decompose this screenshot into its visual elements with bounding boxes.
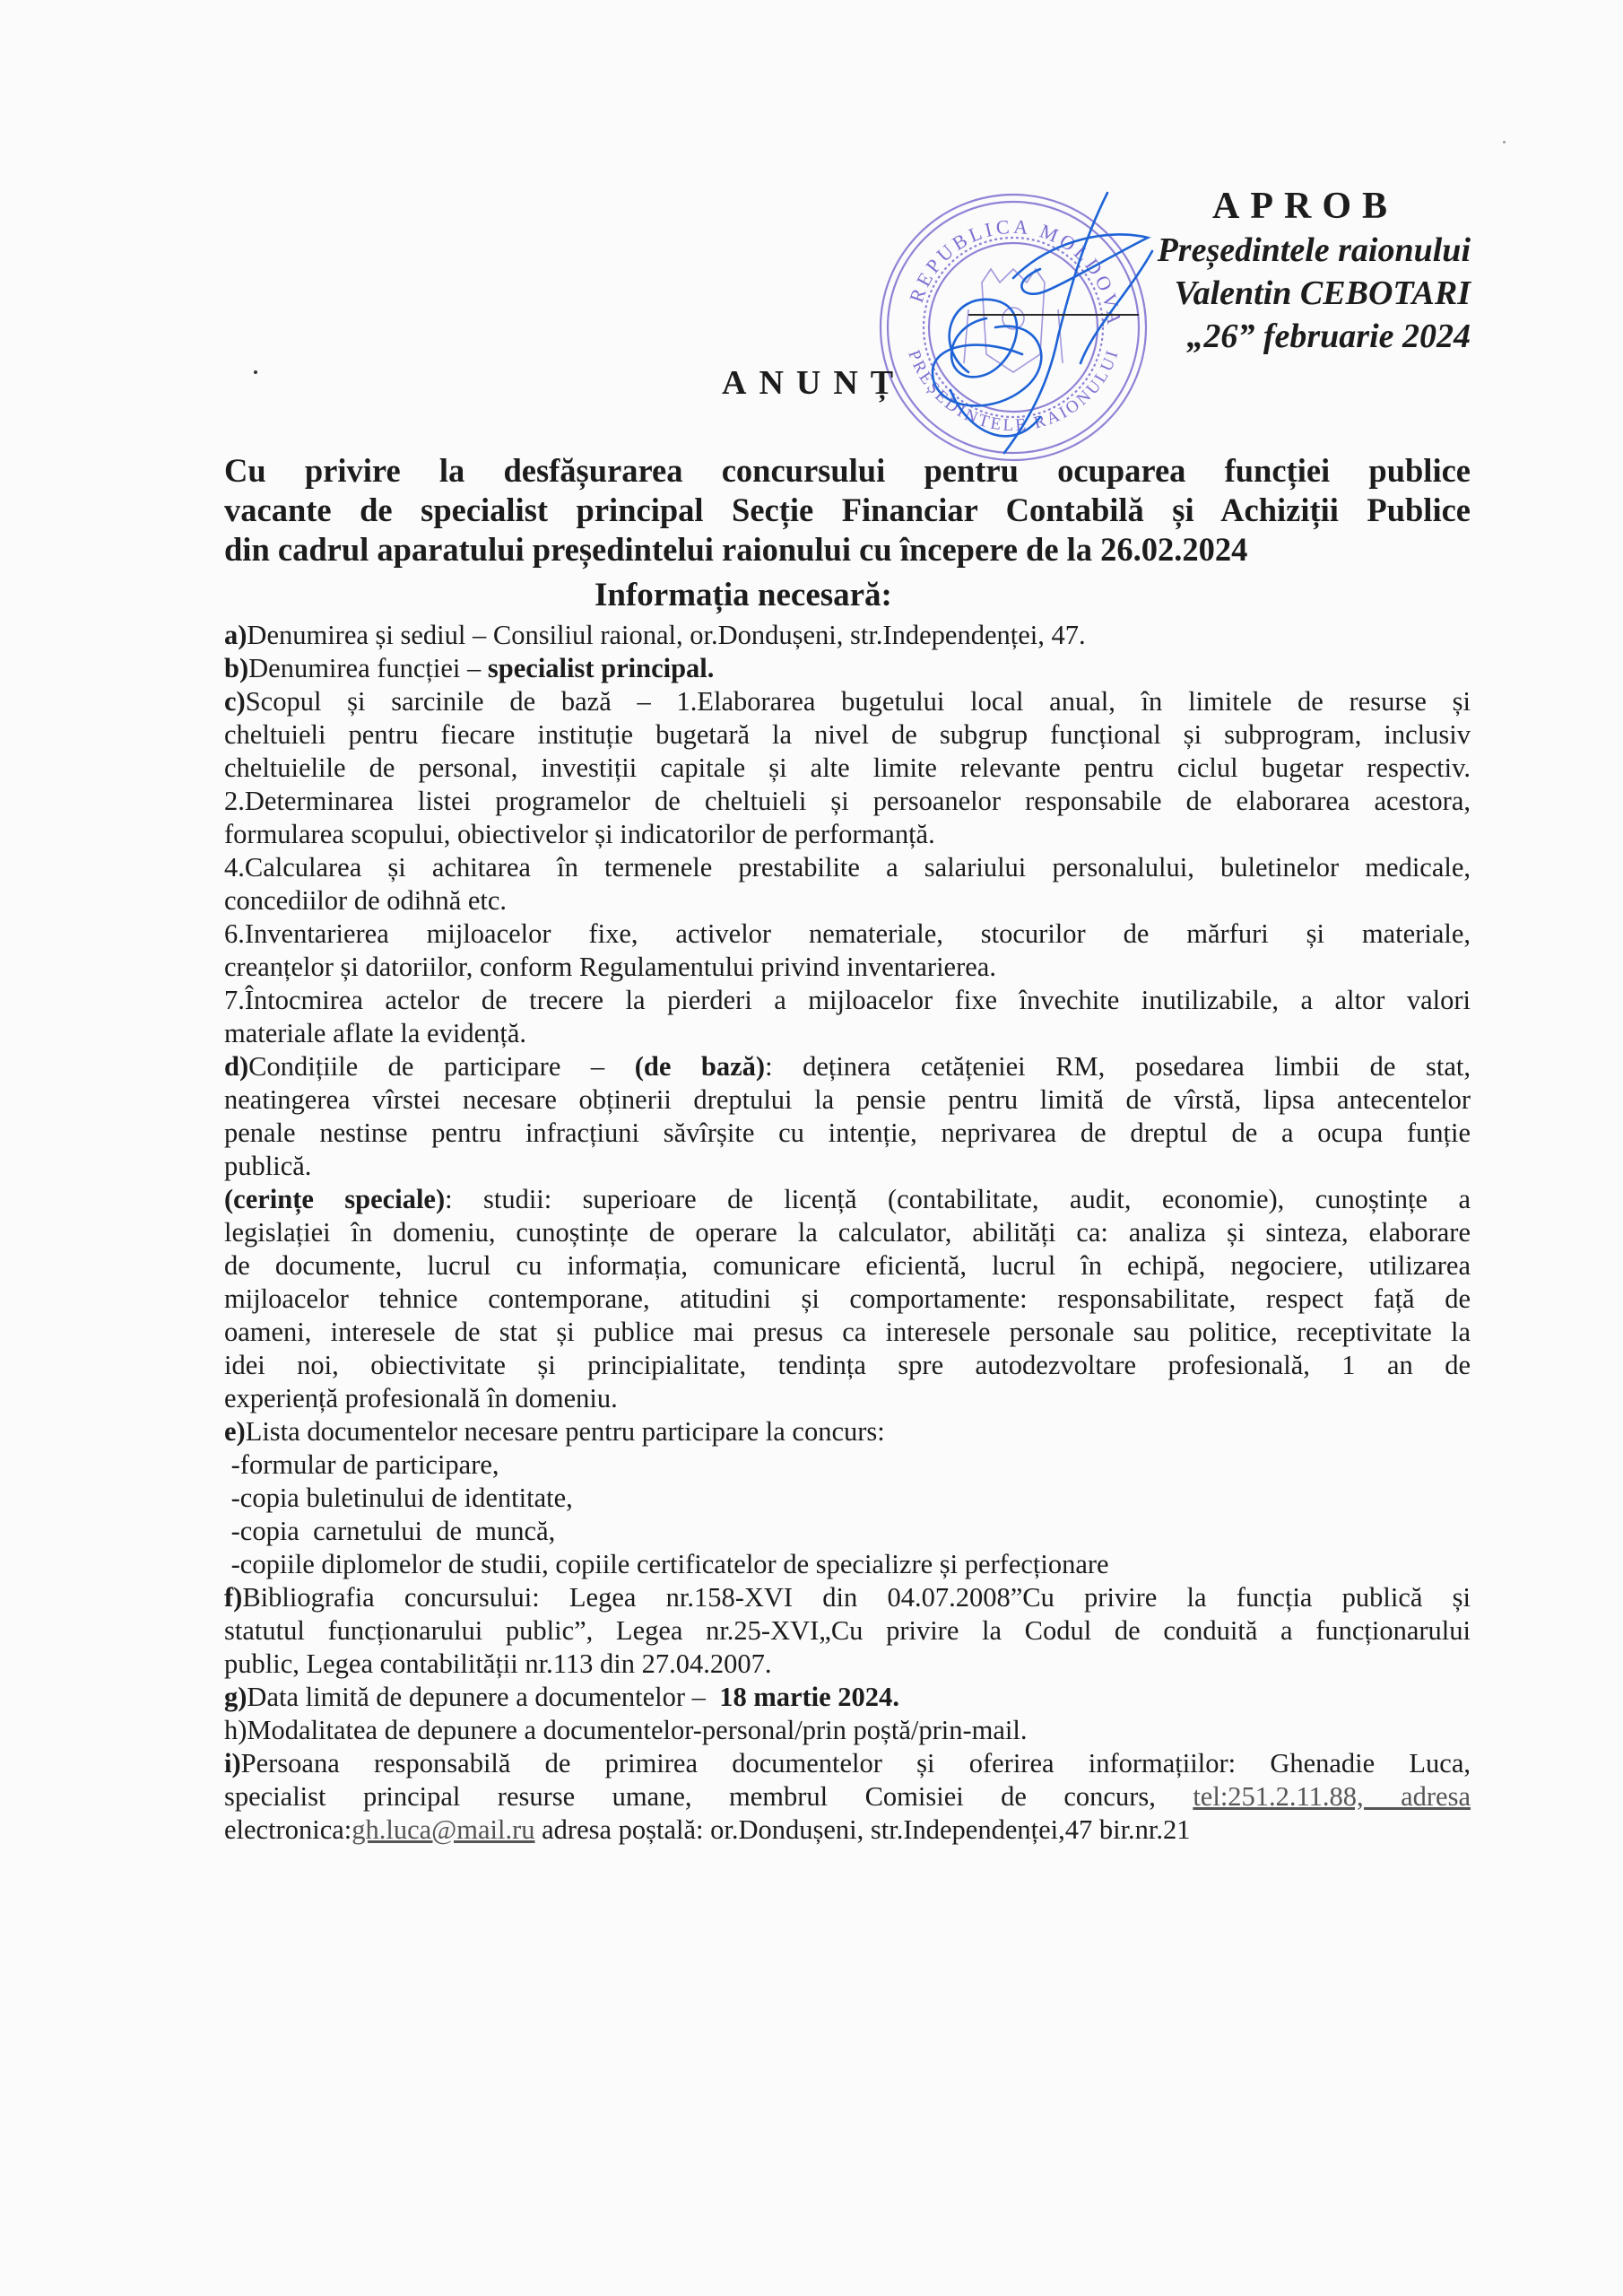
section-d-line: penale nestinse pentru infracțiuni săvîr… [224,1117,1471,1150]
section-c-line: cheltuielile de personal, investiții cap… [224,752,1471,785]
title-line: vacante de specialist principal Secție F… [224,491,1471,530]
section-f-line: public, Legea contabilității nr.113 din … [224,1648,1471,1681]
section-e: e)Lista documentelor necesare pentru par… [224,1415,1471,1448]
document-heading: ANUNȚ [722,363,906,403]
section-c-line: cheltuieli pentru fiecare instituție bug… [224,718,1471,752]
scan-speck [254,370,257,374]
document-title: Cu privire la desfășurarea concursului p… [224,451,1471,570]
title-line: din cadrul aparatului președintelui raio… [224,530,1471,570]
section-c-line: 7.Întocmirea actelor de trecere la pierd… [224,984,1471,1017]
document-list-item: -copia buletinului de identitate, [224,1482,1471,1515]
section-d-line: oameni, interesele de stat și publice ma… [224,1316,1471,1349]
section-c-line: concediilor de odihnă etc. [224,884,1471,918]
approval-block: APROB Președintele raionului Valentin CE… [1112,184,1471,358]
section-b: b)Denumirea funcției – specialist princi… [224,652,1471,685]
section-c-line: 2.Determinarea listei programelor de che… [224,785,1471,818]
section-d-line: publică. [224,1150,1471,1183]
approval-heading: APROB [1212,184,1471,229]
section-c: c)Scopul și sarcinile de bază – 1.Elabor… [224,685,1471,718]
section-subheading: Informația necesară: [595,576,892,614]
section-d-line: idei noi, obiectivitate și principialita… [224,1349,1471,1382]
section-i-line: electronica:gh.luca@mail.ru adresa poșta… [224,1813,1471,1847]
section-d-line: de documente, lucrul cu informația, comu… [224,1249,1471,1283]
section-g: g)Data limită de depunere a documentelor… [224,1681,1471,1714]
email-link[interactable]: gh.luca@mail.ru [352,1814,534,1845]
approver-name: Valentin CEBOTARI [1112,272,1471,315]
approval-date: „26” februarie 2024 [1112,315,1471,358]
document-list-item: -copia carnetului de muncă, [224,1515,1471,1548]
section-i: i)Persoana responsabilă de primirea docu… [224,1747,1471,1780]
section-c-line: formularea scopului, obiectivelor și ind… [224,818,1471,851]
section-a: a)Denumirea și sediul – Consiliul raiona… [224,619,1471,652]
section-c-line: materiale aflate la evidență. [224,1017,1471,1050]
section-d: d)Condițiile de participare – (de bază):… [224,1050,1471,1083]
scan-speck [1503,141,1506,143]
section-d-special: (cerințe speciale): studii: superioare d… [224,1183,1471,1216]
document-body: a)Denumirea și sediul – Consiliul raiona… [224,619,1471,1847]
section-f: f)Bibliografia concursului: Legea nr.158… [224,1581,1471,1614]
section-c-line: 6.Inventarierea mijloacelor fixe, active… [224,918,1471,951]
document-list-item: -formular de participare, [224,1448,1471,1482]
section-d-line: legislației în domeniu, cunoștințe de op… [224,1216,1471,1249]
title-line: Cu privire la desfășurarea concursului p… [224,451,1471,491]
section-c-line: 4.Calcularea și achitarea în termenele p… [224,851,1471,884]
approver-title: Președintele raionului [1112,229,1471,272]
document-list-item: -copiile diplomelor de studii, copiile c… [224,1548,1471,1581]
section-i-line: specialist principal resurse umane, memb… [224,1780,1471,1813]
section-d-line: mijloacelor tehnice contemporane, atitud… [224,1283,1471,1316]
section-c-line: creanțelor și datoriilor, conform Regula… [224,951,1471,984]
section-d-line: experiență profesională în domeniu. [224,1382,1471,1415]
section-d-line: neatingerea vîrstei necesare obținerii d… [224,1083,1471,1117]
document-page: REPUBLICA MOLDOVA PREȘEDINTELE RAIONULUI… [0,0,1623,2296]
section-h: h)Modalitatea de depunere a documentelor… [224,1714,1471,1747]
phone-link[interactable]: tel:251.2.11.88, adresa [1193,1781,1471,1812]
section-f-line: statutul funcționarului public”, Legea n… [224,1614,1471,1648]
